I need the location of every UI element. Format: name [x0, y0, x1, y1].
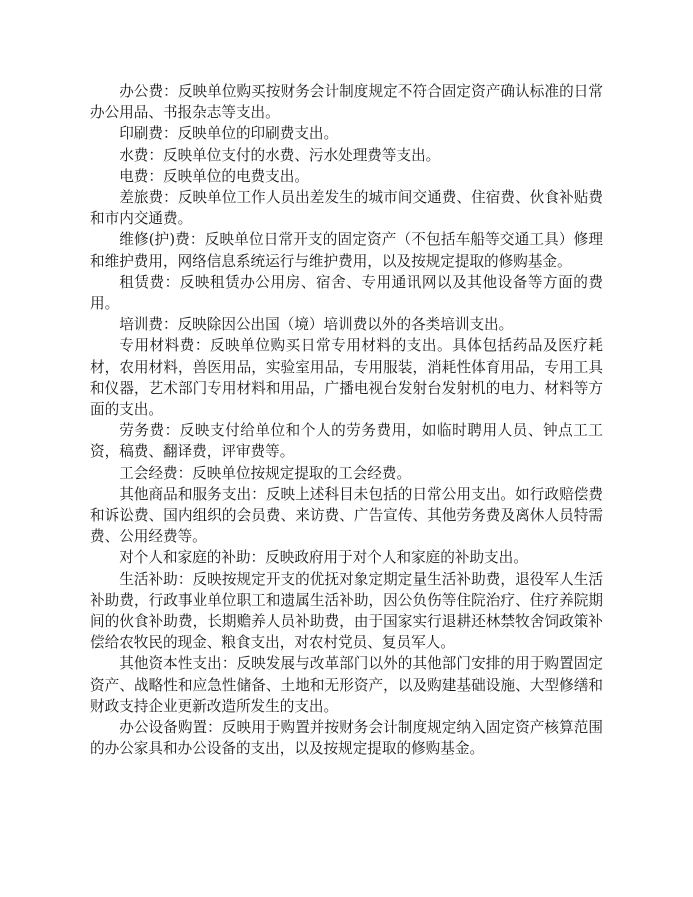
paragraph-printing-expense: 印刷费：反映单位的印刷费支出。 — [90, 123, 603, 144]
paragraph-other-goods-services: 其他商品和服务支出：反映上述科目未包括的日常公用支出。如行政赔偿费和诉讼费、国内… — [90, 484, 603, 548]
paragraph-office-expense: 办公费：反映单位购买按财务会计制度规定不符合固定资产确认标准的日常办公用品、书报… — [90, 81, 603, 123]
document-page: 办公费：反映单位购买按财务会计制度规定不符合固定资产确认标准的日常办公用品、书报… — [0, 0, 693, 897]
paragraph-office-equipment-purchase: 办公设备购置：反映用于购置并按财务会计制度规定纳入固定资产核算范围的办公家具和办… — [90, 717, 603, 759]
paragraph-water-expense: 水费：反映单位支付的水费、污水处理费等支出。 — [90, 145, 603, 166]
paragraph-individual-family-subsidy: 对个人和家庭的补助：反映政府用于对个人和家庭的补助支出。 — [90, 547, 603, 568]
paragraph-special-materials-expense: 专用材料费：反映单位购买日常专用材料的支出。具体包括药品及医疗耗材，农用材料，兽… — [90, 335, 603, 420]
paragraph-training-expense: 培训费：反映除因公出国（境）培训费以外的各类培训支出。 — [90, 314, 603, 335]
paragraph-union-funds: 工会经费：反映单位按规定提取的工会经费。 — [90, 463, 603, 484]
paragraph-maintenance-expense: 维修(护)费：反映单位日常开支的固定资产（不包括车船等交通工具）修理和维护费用，… — [90, 229, 603, 271]
document-text-block: 办公费：反映单位购买按财务会计制度规定不符合固定资产确认标准的日常办公用品、书报… — [90, 81, 603, 760]
paragraph-travel-expense: 差旅费：反映单位工作人员出差发生的城市间交通费、住宿费、伙食补贴费和市内交通费。 — [90, 187, 603, 229]
paragraph-labor-service-expense: 劳务费：反映支付给单位和个人的劳务费用，如临时聘用人员、钟点工工资，稿费、翻译费… — [90, 420, 603, 462]
paragraph-other-capital-expenditure: 其他资本性支出：反映发展与改革部门以外的其他部门安排的用于购置固定资产、战略性和… — [90, 653, 603, 717]
paragraph-living-allowance: 生活补助：反映按规定开支的优抚对象定期定量生活补助费，退役军人生活补助费，行政事… — [90, 569, 603, 654]
paragraph-electricity-expense: 电费：反映单位的电费支出。 — [90, 166, 603, 187]
paragraph-rental-expense: 租赁费：反映租赁办公用房、宿舍、专用通讯网以及其他设备等方面的费用。 — [90, 272, 603, 314]
